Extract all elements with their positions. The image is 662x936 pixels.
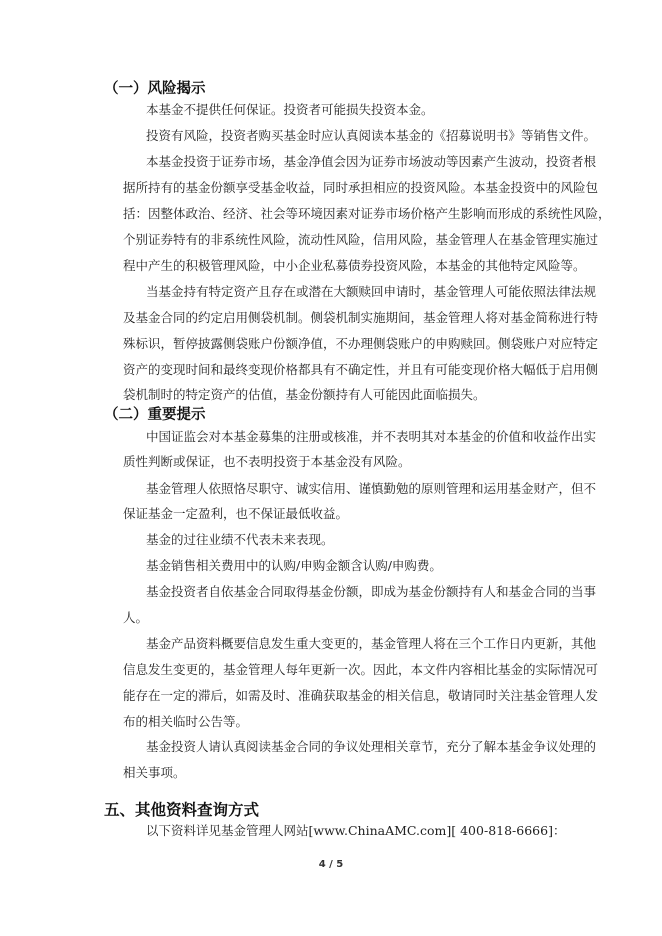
section-heading-other-info: 五、其他资料查询方式: [104, 799, 259, 821]
section-heading-important-notice: （二）重要提示: [104, 405, 206, 425]
paragraph-line: 相关事项。: [123, 764, 186, 782]
page-number: 4 / 5: [0, 859, 662, 870]
paragraph-line: 基金产品资料概要信息发生重大变更的，基金管理人将在三个工作日内更新，其他: [146, 635, 555, 653]
paragraph-line: 本基金投资于证券市场，基金净值会因为证券市场波动等因素产生波动，投资者根: [146, 153, 555, 171]
paragraph-line: 资产的变现时间和最终变现价格都具有不确定性，并且有可能变现价格大幅低于启用侧: [123, 361, 551, 379]
paragraph-line: 投资有风险，投资者购买基金时应认真阅读本基金的《招募说明书》等销售文件。: [146, 127, 596, 145]
paragraph-line: 及基金合同的约定启用侧袋机制。侧袋机制实施期间，基金管理人将对基金简称进行特: [123, 309, 551, 327]
paragraph-line: 基金销售相关费用中的认购/申购金额含认购/申购费。: [146, 557, 442, 575]
paragraph-line: 基金投资者自依基金合同取得基金份额，即成为基金份额持有人和基金合同的当事: [146, 583, 555, 601]
paragraph-line: 括：因整体政治、经济、社会等环境因素对证券市场价格产生影响而形成的系统性风险，: [123, 205, 551, 223]
section-heading-risk-disclosure: （一）风险揭示: [104, 79, 206, 99]
paragraph-line: 信息发生变更的，基金管理人每年更新一次。因此，本文件内容相比基金的实际情况可: [123, 661, 551, 679]
paragraph-line: 质性判断或保证，也不表明投资于本基金没有风险。: [123, 453, 411, 471]
paragraph-line: 以下资料详见基金管理人网站[www.ChinaAMC.com][ 400-818…: [146, 822, 565, 840]
paragraph-line: 据所持有的基金份额享受基金收益，同时承担相应的投资风险。本基金投资中的风险包: [123, 179, 551, 197]
paragraph-line: 能存在一定的滞后，如需及时、准确获取基金的相关信息，敬请同时关注基金管理人发: [123, 687, 551, 705]
paragraph-line: 基金的过往业绩不代表未来表现。: [146, 531, 334, 549]
paragraph-line: 基金投资人请认真阅读基金合同的争议处理相关章节，充分了解本基金争议处理的: [146, 738, 555, 756]
paragraph-line: 保证基金一定盈利，也不保证最低收益。: [123, 505, 348, 523]
paragraph-line: 程中产生的积极管理风险，中小企业私募债券投资风险，本基金的其他特定风险等。: [123, 257, 586, 275]
paragraph-line: 个别证券特有的非系统性风险，流动性风险，信用风险，基金管理人在基金管理实施过: [123, 231, 551, 249]
paragraph-line: 本基金不提供任何保证。投资者可能损失投资本金。: [146, 101, 434, 119]
paragraph-line: 基金管理人依照恪尽职守、诚实信用、谨慎勤勉的原则管理和运用基金财产，但不: [146, 480, 555, 498]
paragraph-line: 殊标识，暂停披露侧袋账户份额净值，不办理侧袋账户的申购赎回。侧袋账户对应特定: [123, 335, 551, 353]
document-page: （一）风险揭示 本基金不提供任何保证。投资者可能损失投资本金。 投资有风险，投资…: [0, 0, 662, 936]
paragraph-line: 布的相关临时公告等。: [123, 713, 248, 731]
paragraph-line: 当基金持有特定资产且存在或潜在大额赎回申请时，基金管理人可能依照法律法规: [146, 283, 555, 301]
paragraph-line: 袋机制时的特定资产的估值，基金份额持有人可能因此面临损失。: [123, 386, 486, 404]
paragraph-line: 中国证监会对本基金募集的注册或核准，并不表明其对本基金的价值和收益作出实: [146, 428, 555, 446]
paragraph-line: 人。: [123, 609, 148, 627]
